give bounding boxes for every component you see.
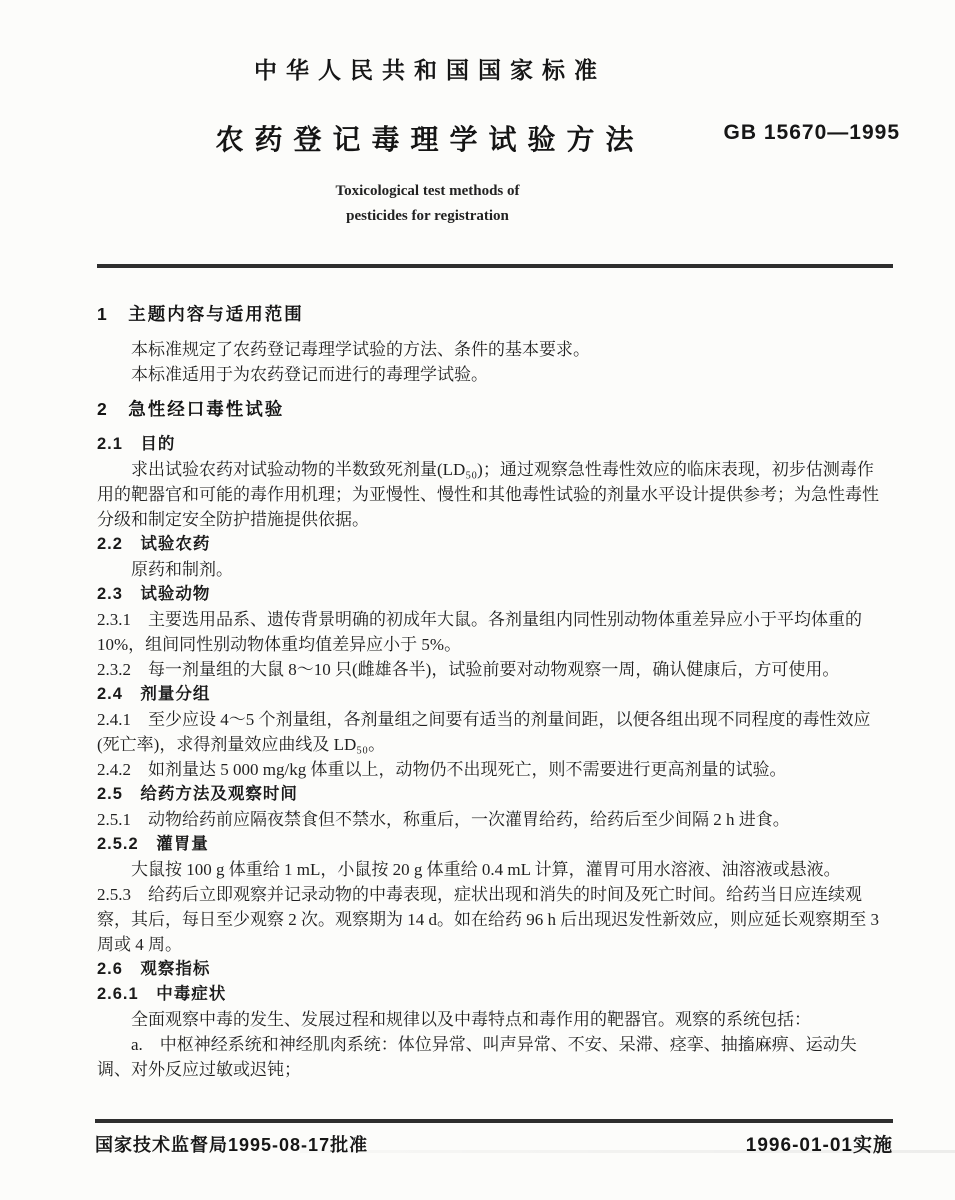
paragraph: a. 中枢神经系统和神经肌肉系统：体位异常、叫声异常、不安、呆滞、痉挛、抽搐麻痹… [97,1032,890,1082]
standard-code: GB 15670—1995 [724,121,900,145]
sub-heading: 2.4 剂量分组 [97,682,890,707]
header-rule [97,264,893,268]
standard-label: 中华人民共和国国家标准 [0,52,860,85]
numbered-paragraph: 2.3.2 每一剂量组的大鼠 8～10 只(雌雄各半)，试验前要对动物观察一周，… [97,657,890,682]
sub-heading: 2.6 观察指标 [97,957,890,982]
paragraph: 原药和制剂。 [97,557,890,582]
paragraph: 大鼠按 100 g 体重给 1 mL，小鼠按 20 g 体重给 0.4 mL 计… [97,857,890,882]
english-subtitle-line2: pesticides for registration [0,208,855,225]
document-body: 1 主题内容与适用范围 本标准规定了农药登记毒理学试验的方法、条件的基本要求。 … [97,292,890,1082]
section-heading: 2 急性经口毒性试验 [97,397,890,422]
paragraph: 本标准规定了农药登记毒理学试验的方法、条件的基本要求。 [97,337,890,362]
document-page: 中华人民共和国国家标准 农药登记毒理学试验方法 GB 15670—1995 To… [0,0,955,1200]
paragraph: 全面观察中毒的发生、发展过程和规律以及中毒特点和毒作用的靶器官。观察的系统包括： [97,1007,890,1032]
numbered-paragraph: 2.5.1 动物给药前应隔夜禁食但不禁水，称重后，一次灌胃给药，给药后至少间隔 … [97,807,890,832]
sub-heading: 2.1 目的 [97,432,890,457]
footer-rule [95,1119,893,1123]
scan-artifact [300,1150,955,1153]
numbered-paragraph: 2.4.2 如剂量达 5 000 mg/kg 体重以上，动物仍不出现死亡，则不需… [97,757,890,782]
sub-heading: 2.2 试验农药 [97,532,890,557]
numbered-paragraph: 2.5.3 给药后立即观察并记录动物的中毒表现，症状出现和消失的时间及死亡时间。… [97,882,890,957]
sub-heading: 2.5 给药方法及观察时间 [97,782,890,807]
paragraph: 本标准适用于为农药登记而进行的毒理学试验。 [97,362,890,387]
numbered-paragraph: 2.3.1 主要选用品系、遗传背景明确的初成年大鼠。各剂量组内同性别动物体重差异… [97,607,890,657]
english-subtitle-line1: Toxicological test methods of [0,183,855,200]
paragraph: 求出试验农药对试验动物的半数致死剂量(LD₅₀)；通过观察急性毒性效应的临床表现… [97,457,890,532]
sub-heading: 2.5.2 灌胃量 [97,832,890,857]
section-heading: 1 主题内容与适用范围 [97,302,890,327]
numbered-paragraph: 2.4.1 至少应设 4～5 个剂量组，各剂量组之间要有适当的剂量间距，以便各组… [97,707,890,757]
approval-note: 国家技术监督局1995-08-17批准 [95,1131,368,1157]
sub-heading: 2.6.1 中毒症状 [97,982,890,1007]
sub-heading: 2.3 试验动物 [97,582,890,607]
